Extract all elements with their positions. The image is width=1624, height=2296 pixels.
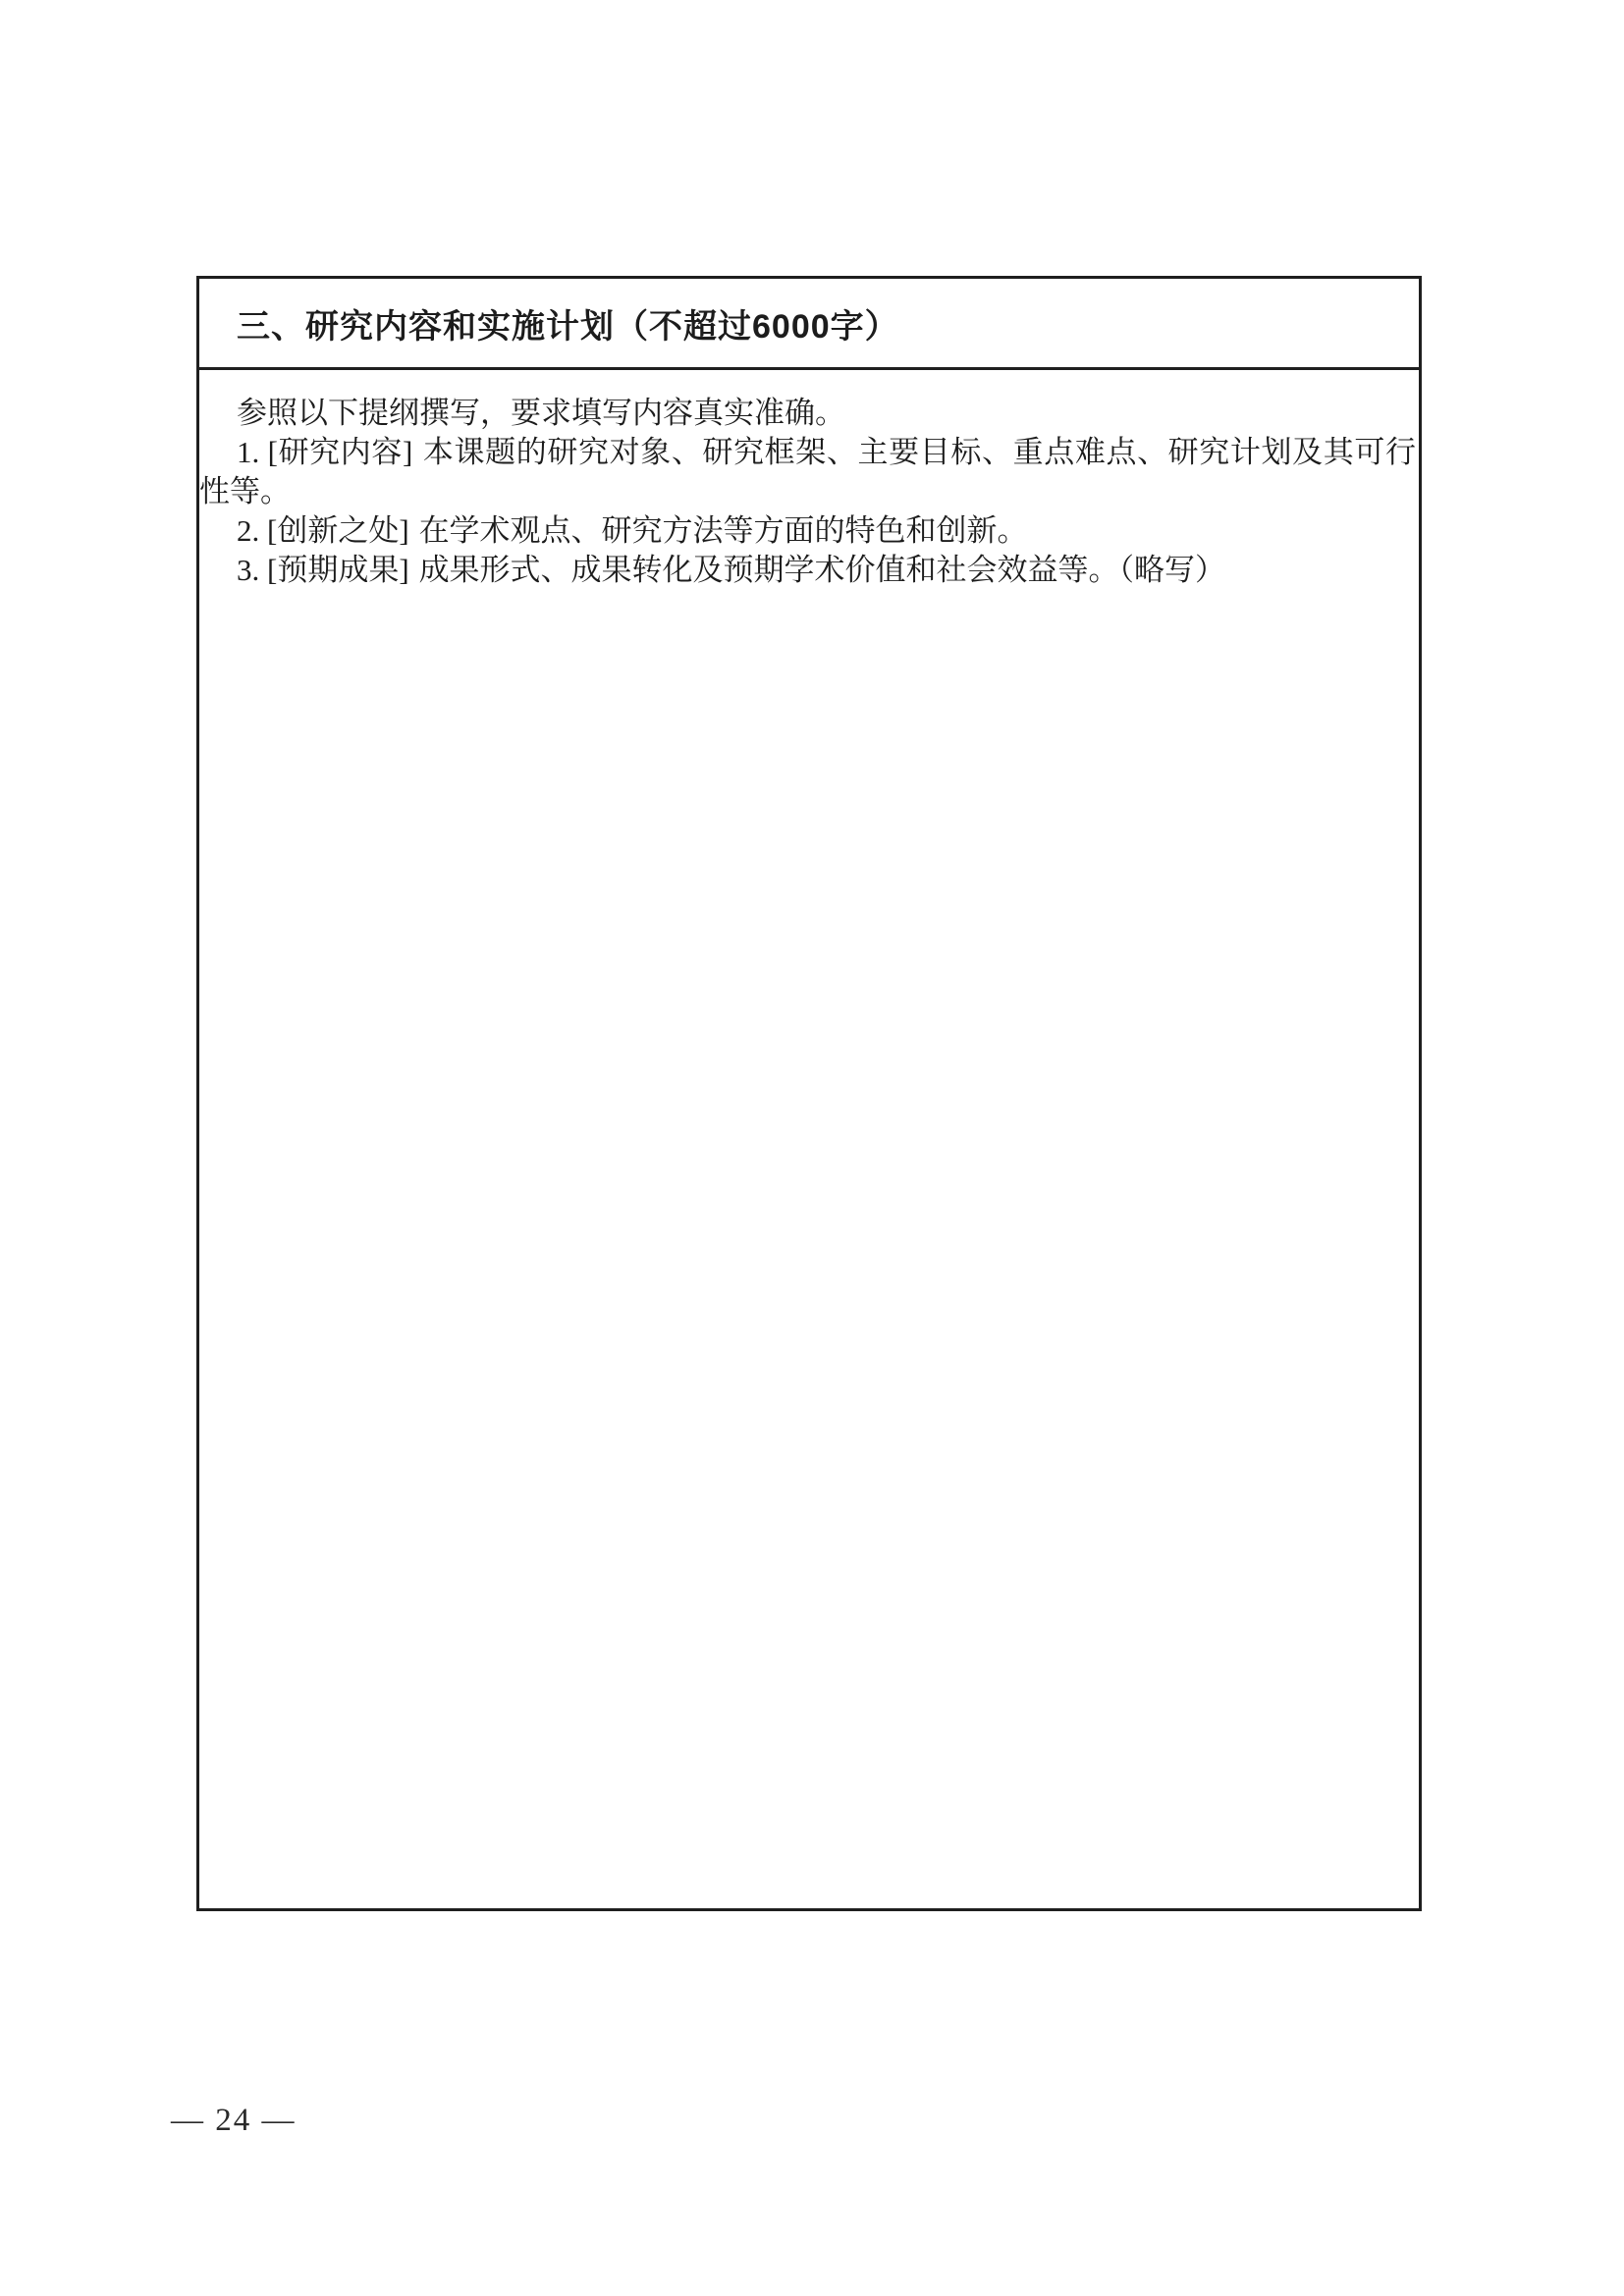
section-content-area: 参照以下提纲撰写，要求填写内容真实准确。 1. [研究内容]本课题的研究对象、研… <box>199 370 1419 1908</box>
item-2-number: 2. <box>237 513 259 548</box>
item-1-number: 1. <box>237 435 259 469</box>
section-header-row: 三、研究内容和实施计划（不超过6000字） <box>199 279 1419 370</box>
item-1-tag: [研究内容] <box>268 435 413 469</box>
section-title: 三、研究内容和实施计划（不超过6000字） <box>237 299 899 347</box>
instruction-item-1: 1. [研究内容]本课题的研究对象、研究框架、主要目标、重点难点、研究计划及其可… <box>199 433 1416 511</box>
page-number: — 24 — <box>171 2103 297 2139</box>
document-page: 三、研究内容和实施计划（不超过6000字） 参照以下提纲撰写，要求填写内容真实准… <box>0 0 1624 2296</box>
instruction-item-2: 2. [创新之处]在学术观点、研究方法等方面的特色和创新。 <box>199 511 1416 551</box>
section-table: 三、研究内容和实施计划（不超过6000字） 参照以下提纲撰写，要求填写内容真实准… <box>196 276 1422 1911</box>
item-2-tag: [创新之处] <box>267 513 409 548</box>
item-3-tag: [预期成果] <box>267 553 409 587</box>
item-2-text: 在学术观点、研究方法等方面的特色和创新。 <box>419 513 1028 548</box>
instructions-intro: 参照以下提纲撰写，要求填写内容真实准确。 <box>199 394 1416 433</box>
instruction-item-3: 3. [预期成果]成果形式、成果转化及预期学术价值和社会效益等。（略写） <box>199 551 1416 590</box>
item-3-text: 成果形式、成果转化及预期学术价值和社会效益等。（略写） <box>419 553 1226 587</box>
item-3-number: 3. <box>237 553 259 587</box>
